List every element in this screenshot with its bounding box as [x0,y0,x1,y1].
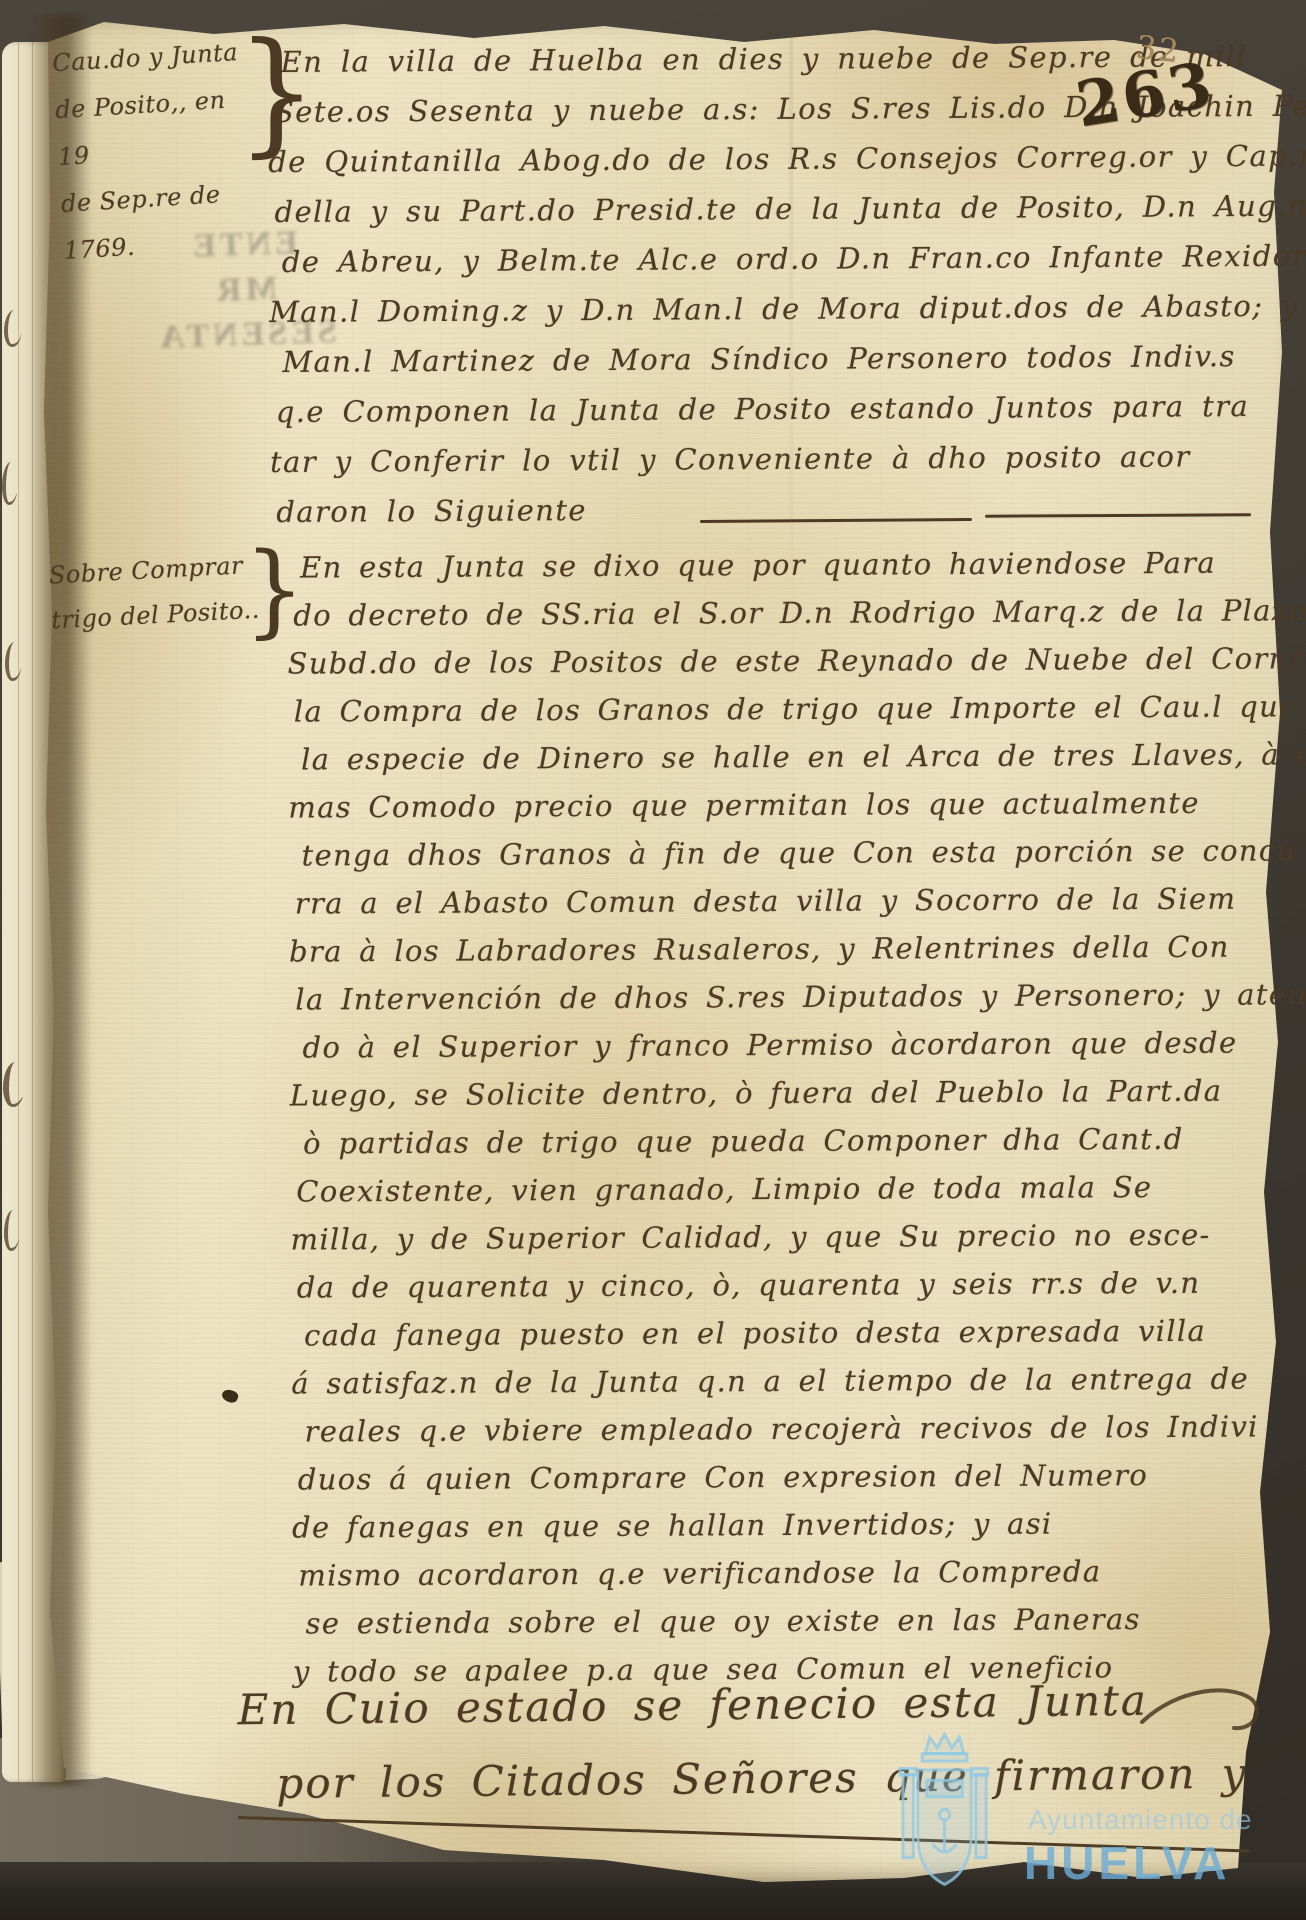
manuscript-line: cada fanega puesto en el posito desta ex… [304,1308,1257,1361]
margin-note-line: de Sep.re de 1769. [60,169,265,275]
manuscript-line: á satisfaz.n de la Junta q.n a el tiempo… [291,1356,1257,1409]
manuscript-line: de fanegas en que se hallan Invertidos; … [292,1500,1258,1553]
manuscript-line: Luego, se Solicite dentro, ò fuera del P… [290,1068,1256,1121]
adjacent-page-ink-fragment [4,310,22,347]
binding-gutter-shadow [28,14,92,1786]
margin-note-line: de Posito,, en 19 [54,75,259,181]
manuscript-line: la especie de Dinero se halle en el Arca… [301,732,1254,785]
manuscript-line: rra a el Abasto Comun desta villa y Soco… [295,876,1255,929]
manuscript-line: q.e Componen la Junta de Posito estando … [276,383,1256,439]
manuscript-line: tenga dhos Granos à fin de que Con esta … [301,828,1254,881]
manuscript-line: En esta Junta se dixo que por quanto hav… [300,540,1253,593]
manuscript-line: ò partidas de trigo que pueda Componer d… [303,1116,1256,1169]
manuscript-line: duos á quien Comprare Con expresion del … [298,1452,1258,1505]
manuscript-line: Subd.do de los Positos de este Reynado d… [287,636,1253,689]
manuscript-line: la Intervención de dhos S.res Diputados … [295,972,1255,1025]
margin-note-session-date: Cau.do y Junta de Posito,, en 19 de Sep.… [51,28,265,275]
manuscript-line: do à el Superior y franco Permiso àcorda… [303,1020,1256,1073]
manuscript-line: mismo acordaron q.e verificandose la Com… [298,1548,1258,1601]
manuscript-line: reales q.e vbiere empleado recojerà reci… [305,1404,1258,1457]
manuscript-line: bra à los Labradores Rusaleros, y Relent… [289,924,1255,977]
manuscript-line: da de quarenta y cinco, ò, quarenta y se… [297,1260,1257,1313]
adjacent-page-ink-fragment [3,1062,25,1107]
pen-flourish [1138,1678,1268,1758]
manuscript-line: daron lo Siguiente [276,483,1256,539]
manuscript-line: Man.l Martinez de Mora Síndico Personero… [282,333,1255,389]
manuscript-line: tar y Conferir lo vtil y Conveniente à d… [270,433,1256,489]
margin-note-subject: Sobre Comprar trigo del Posito.. [48,543,262,644]
manuscript-line: se estienda sobre el que oy existe en la… [306,1596,1259,1649]
manuscript-line: de Quintanilla Abog.do de los R.s Consej… [268,133,1254,189]
page-edge-line [18,42,19,1782]
manuscript-line: de Abreu, y Belm.te Alc.e ord.o D.n Fran… [282,233,1255,289]
adjacent-page-ink-fragment [5,642,22,681]
manuscript-line: milla, y de Superior Calidad, y que Su p… [291,1212,1257,1265]
adjacent-page-ink-fragment [2,462,18,505]
closing-statement: En Cuio estado se fenecio esta Junta por… [237,1663,1248,1822]
manuscript-line: En Cuio estado se fenecio esta Junta [237,1663,1247,1748]
manuscript-line: Man.l Doming.z y D.n Man.l de Mora diput… [269,283,1255,339]
manuscript-line: por los Citados Señores que firmaron y [276,1737,1248,1821]
manuscript-line: do decreto de SS.ria el S.or D.n Rodrigo… [293,588,1253,641]
manuscript-scan: ENTE MR SESENTA Cau.do y Junta de Posito… [0,0,1306,1920]
resolution-paragraph: En esta Junta se dixo que por quanto hav… [293,540,1259,1697]
manuscript-line: della y su Part.do Presid.te de la Junta… [274,183,1254,239]
manuscript-line: Coexistente, vien granado, Limpio de tod… [296,1164,1256,1217]
manuscript-line: mas Comodo precio que permitan los que a… [288,780,1254,833]
manuscript-line: la Compra de los Granos de trigo que Imp… [294,684,1254,737]
